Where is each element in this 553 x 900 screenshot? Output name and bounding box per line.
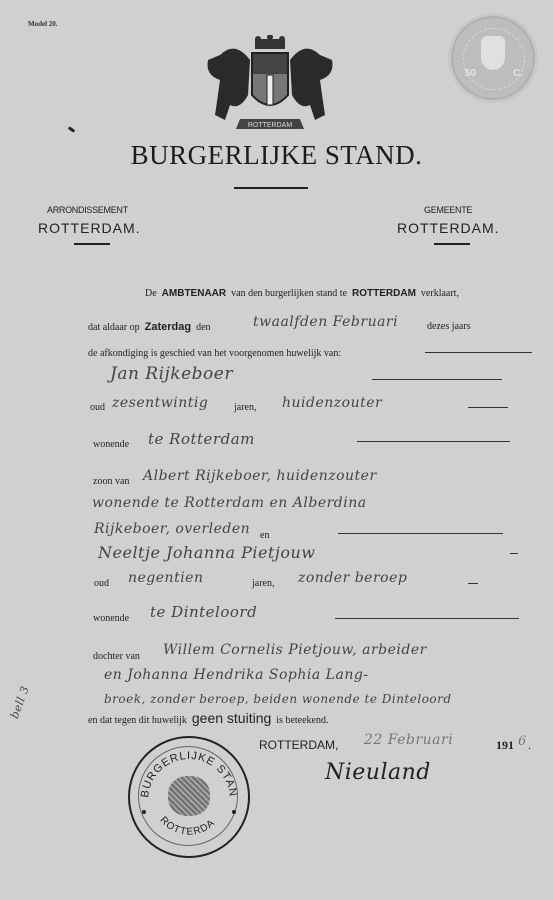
bride-age-label: oud [94,578,109,589]
declaration-line-1: De AMBTENAAR van den burgerlijken stand … [145,288,459,299]
page-title: BURGERLIJKE STAND. [0,140,553,171]
bride-parents-line-2: en Johanna Hendrika Sophia Lang- [104,667,369,683]
bride-years-label: jaren, [252,578,275,589]
bride-name: Neeltje Johanna Pietjouw [98,543,316,562]
bride-age: negentien [128,570,203,586]
groom-parents-line-2: wonende te Rotterdam en Alberdina [92,495,367,511]
fill-line [372,379,502,380]
bride-parents-label: dochter van [93,651,140,662]
seal-top-text: BURGERLIJKE STAND. [130,738,239,798]
fill-line [338,533,503,534]
declaration-line-2: dat aldaar op Zaterdag den [88,321,211,333]
divider [434,243,470,245]
stamp-unit: C. [513,68,523,79]
period: . [528,738,531,753]
marriage-announcement-document: Model 20. 50 C. ROTTERDAM BURGERLIJKE ST… [0,0,553,900]
groom-residence-label: wonende [93,439,129,450]
revenue-stamp: 50 C. [448,13,538,103]
official-signature: Nieuland [325,760,431,785]
crown-shield-icon [481,36,505,70]
gemeente-label: GEMEENTE [424,205,472,215]
groom-age: zesentwintig [112,395,208,411]
svg-text:BURGERLIJKE STAND.: BURGERLIJKE STAND. [130,738,239,798]
bride-occupation: zonder beroep [298,570,407,586]
bride-residence-label: wonende [93,613,129,624]
arrondissement-value: ROTTERDAM. [38,220,141,236]
ink-mark [68,126,75,132]
banner-text: ROTTERDAM [248,122,293,129]
divider [74,243,110,245]
margin-note: bell 3 [8,684,32,720]
proclamation-date: twaalfden Februari [253,314,398,330]
rotterdam-coat-of-arms-icon: ROTTERDAM [200,35,340,135]
closing-statement: en dat tegen dit huwelijk geen stuiting … [88,710,328,726]
fill-line [468,407,508,408]
groom-parents-line-3: Rijkeboer, overleden [94,521,250,537]
year-printed: 191 [496,738,514,753]
place: ROTTERDAM, [259,738,338,752]
year-handwritten: 6 [518,734,527,749]
fill-line [357,441,510,442]
gemeente-value: ROTTERDAM. [397,220,500,236]
groom-age-label: oud [90,402,105,413]
bride-residence: te Dinteloord [150,603,257,621]
fill-line [468,583,478,584]
groom-name: Jan Rijkeboer [110,364,233,384]
fill-line [510,553,518,554]
bride-parents-line-3: broek, zonder beroep, beiden wonende te … [104,692,452,706]
bride-parents-line-1: Willem Cornelis Pietjouw, arbeider [163,642,427,658]
title-underline [234,187,308,189]
groom-parents-label: zoon van [93,476,129,487]
fill-line [335,618,519,619]
declaration-line-3: de afkondiging is geschied van het voorg… [88,348,341,359]
and-label: en [260,530,269,541]
stamp-value: 50 [465,68,476,79]
groom-years-label: jaren, [234,402,257,413]
fill-line [425,352,532,353]
civil-registry-seal-icon: BURGERLIJKE STAND. ROTTERDAM. [128,736,250,858]
groom-parents-line-1: Albert Rijkeboer, huidenzouter [143,468,377,484]
form-model-number: Model 20. [28,20,58,28]
arrondissement-label: ARRONDISSEMENT [47,205,128,215]
signing-date: 22 Februari [364,732,453,748]
groom-occupation: huidenzouter [282,395,382,411]
dezes-jaars: dezes jaars [427,321,471,332]
groom-residence: te Rotterdam [148,430,255,448]
